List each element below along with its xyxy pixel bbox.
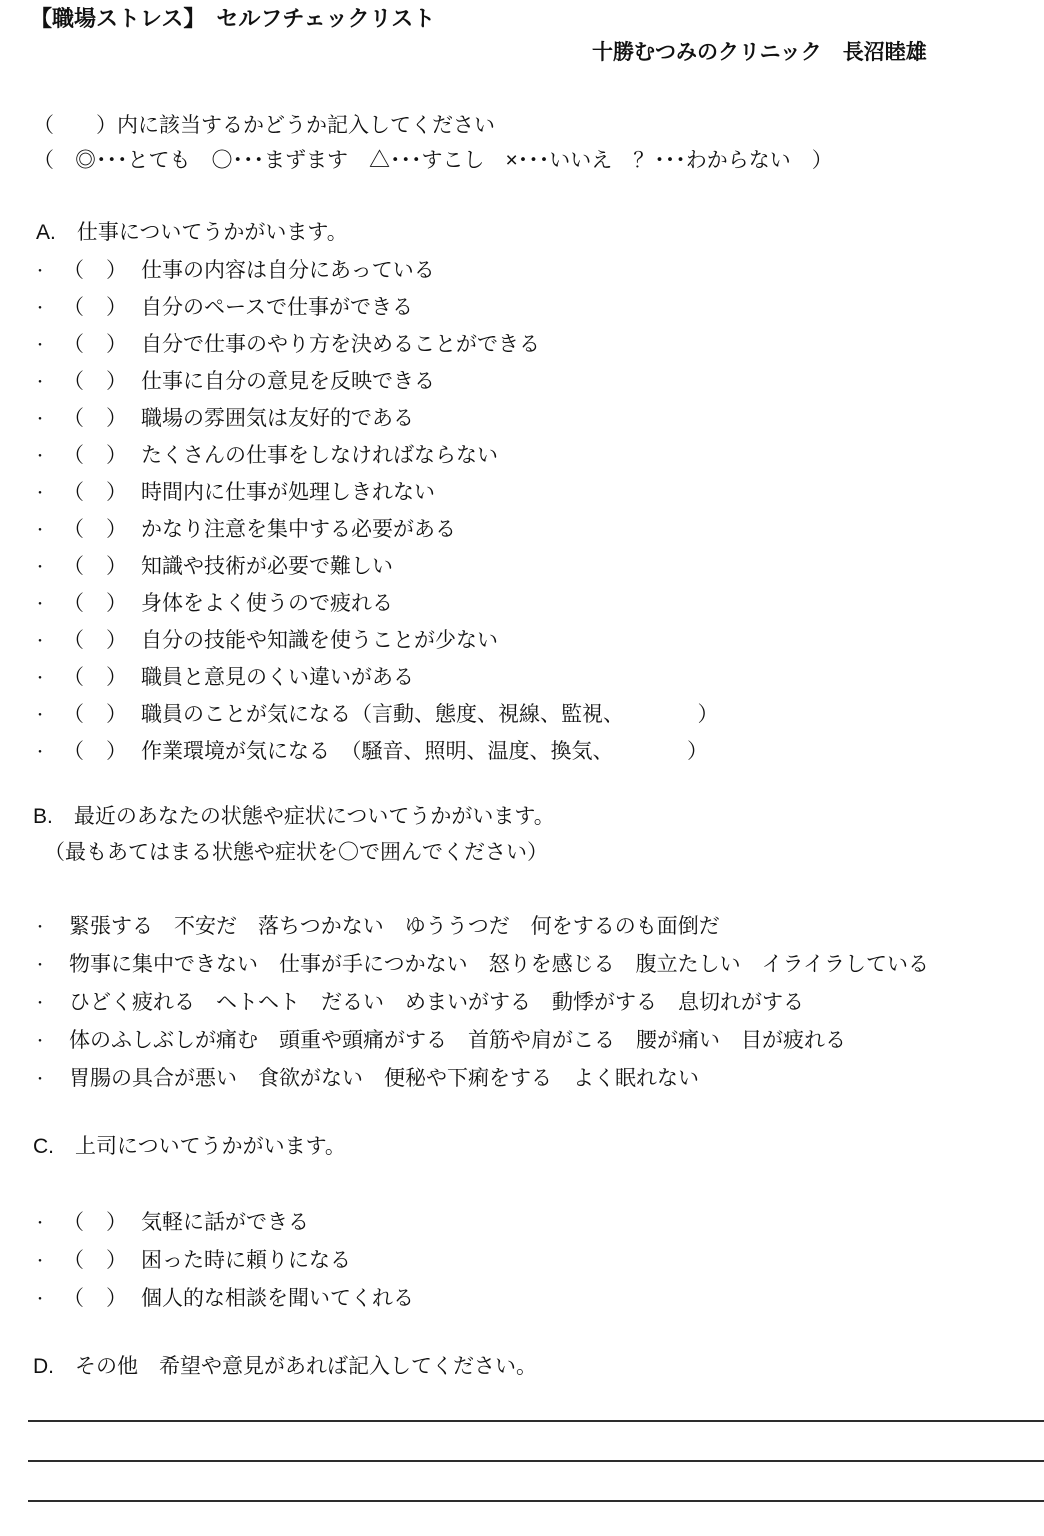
question-row: ・ （） 作業環境が気になる （騒音、照明、温度、換気、 ） — [33, 733, 719, 770]
paren-close: ） — [106, 480, 127, 506]
paren-open: （ — [63, 1210, 84, 1236]
question-label: かなり注意を集中する必要がある — [141, 517, 456, 543]
bullet-icon: ・ — [33, 628, 63, 654]
question-row: ・ （） 仕事の内容は自分にあっている — [33, 252, 719, 289]
bullet-icon: ・ — [33, 295, 63, 321]
question-row: ・ （） 自分で仕事のやり方を決めることができる — [33, 326, 719, 363]
question-label: 職場の雰囲気は友好的である — [141, 406, 414, 432]
paren-open: （ — [63, 628, 84, 654]
paren-open: （ — [63, 406, 84, 432]
instruction-legend-line: （ ◎･･･とても 〇･･･まずます △･･･すこし ×･･･いいえ ？･･･わ… — [33, 148, 833, 174]
writing-line[interactable] — [28, 1500, 1044, 1502]
paren-open: （ — [63, 443, 84, 469]
bullet-icon: ・ — [33, 1210, 63, 1236]
paren-open: （ — [63, 332, 84, 358]
answer-slot[interactable]: （） — [63, 628, 127, 654]
bullet-icon: ・ — [33, 258, 63, 284]
symptom-row: ・ 体のふしぶしが痛む 頭重や頭痛がする 首筋や肩がこる 腰が痛い 目が疲れる — [33, 1022, 929, 1060]
bullet-icon: ・ — [33, 952, 63, 978]
symptom-row: ・ 緊張する 不安だ 落ちつかない ゆううつだ 何をするのも面倒だ — [33, 908, 929, 946]
symptom-row: ・ ひどく疲れる ヘトヘト だるい めまいがする 動悸がする 息切れがする — [33, 984, 929, 1022]
paren-close: ） — [106, 258, 127, 284]
answer-slot[interactable]: （） — [63, 591, 127, 617]
section-d-heading: D. その他 希望や意見があれば記入してください。 — [33, 1354, 537, 1380]
question-label: たくさんの仕事をしなければならない — [141, 443, 498, 469]
writing-line[interactable] — [28, 1420, 1044, 1422]
bullet-icon: ・ — [33, 443, 63, 469]
paren-open: （ — [63, 739, 84, 765]
paren-close: ） — [106, 554, 127, 580]
question-label: 職員と意見のくい違いがある — [141, 665, 414, 691]
question-row: ・ （） 個人的な相談を聞いてくれる — [33, 1280, 414, 1318]
question-row: ・ （） 職員のことが気になる（言動、態度、視線、監視、 ） — [33, 696, 719, 733]
paren-open: （ — [63, 480, 84, 506]
answer-slot[interactable]: （） — [63, 739, 127, 765]
answer-slot[interactable]: （） — [63, 443, 127, 469]
paren-close: ） — [106, 628, 127, 654]
paren-open: （ — [63, 369, 84, 395]
symptom-row: ・ 胃腸の具合が悪い 食欲がない 便秘や下痢をする よく眠れない — [33, 1060, 929, 1098]
answer-slot[interactable]: （） — [63, 369, 127, 395]
bullet-icon: ・ — [33, 406, 63, 432]
paren-close: ） — [106, 702, 127, 728]
question-row: ・ （） かなり注意を集中する必要がある — [33, 511, 719, 548]
bullet-icon: ・ — [33, 480, 63, 506]
question-row: ・ （） 身体をよく使うので疲れる — [33, 585, 719, 622]
question-row: ・ （） 自分の技能や知識を使うことが少ない — [33, 622, 719, 659]
question-label: 気軽に話ができる — [141, 1210, 309, 1236]
paren-open: （ — [63, 591, 84, 617]
paren-open: （ — [63, 295, 84, 321]
paren-open: （ — [63, 258, 84, 284]
paren-open: （ — [63, 1248, 84, 1274]
section-b-heading: B. 最近のあなたの状態や症状についてうかがいます。 — [33, 804, 555, 830]
clinic-byline: 十勝むつみのクリニック 長沼睦雄 — [592, 40, 927, 66]
paren-close: ） — [106, 591, 127, 617]
paren-close: ） — [106, 665, 127, 691]
paren-open: （ — [63, 1286, 84, 1312]
instruction-fill-line: （ ）内に該当するかどうか記入してください — [33, 113, 495, 139]
question-label: 職員のことが気になる（言動、態度、視線、監視、 ） — [141, 702, 719, 728]
paren-close: ） — [106, 369, 127, 395]
question-row: ・ （） 自分のペースで仕事ができる — [33, 289, 719, 326]
question-label: 仕事の内容は自分にあっている — [141, 258, 435, 284]
paren-close: ） — [106, 295, 127, 321]
page-title: 【職場ストレス】 セルフチェックリスト — [30, 6, 435, 32]
answer-slot[interactable]: （） — [63, 554, 127, 580]
answer-slot[interactable]: （） — [63, 258, 127, 284]
symptom-label: 体のふしぶしが痛む 頭重や頭痛がする 首筋や肩がこる 腰が痛い 目が疲れる — [69, 1028, 846, 1054]
question-label: 困った時に頼りになる — [141, 1248, 351, 1274]
answer-slot[interactable]: （） — [63, 702, 127, 728]
answer-slot[interactable]: （） — [63, 295, 127, 321]
symptom-label: 物事に集中できない 仕事が手につかない 怒りを感じる 腹立たしい イライラしてい… — [69, 952, 929, 978]
question-label: 時間内に仕事が処理しきれない — [141, 480, 435, 506]
answer-slot[interactable]: （） — [63, 332, 127, 358]
section-a-heading: A. 仕事についてうかがいます。 — [36, 220, 348, 246]
symptom-label: 緊張する 不安だ 落ちつかない ゆううつだ 何をするのも面倒だ — [69, 914, 720, 940]
paren-close: ） — [106, 1248, 127, 1274]
question-row: ・ （） 気軽に話ができる — [33, 1204, 414, 1242]
question-row: ・ （） たくさんの仕事をしなければならない — [33, 437, 719, 474]
paren-close: ） — [106, 443, 127, 469]
paren-close: ） — [106, 1210, 127, 1236]
paren-close: ） — [106, 332, 127, 358]
question-row: ・ （） 知識や技術が必要で難しい — [33, 548, 719, 585]
symptom-label: ひどく疲れる ヘトヘト だるい めまいがする 動悸がする 息切れがする — [69, 990, 804, 1016]
paren-close: ） — [106, 1286, 127, 1312]
paren-close: ） — [106, 517, 127, 543]
bullet-icon: ・ — [33, 739, 63, 765]
answer-slot[interactable]: （） — [63, 517, 127, 543]
bullet-icon: ・ — [33, 1028, 63, 1054]
symptom-row: ・ 物事に集中できない 仕事が手につかない 怒りを感じる 腹立たしい イライラし… — [33, 946, 929, 984]
section-a-list: ・ （） 仕事の内容は自分にあっている ・ （） 自分のペースで仕事ができる ・… — [33, 252, 719, 770]
question-label: 個人的な相談を聞いてくれる — [141, 1286, 414, 1312]
bullet-icon: ・ — [33, 591, 63, 617]
question-label: 知識や技術が必要で難しい — [141, 554, 393, 580]
bullet-icon: ・ — [33, 554, 63, 580]
answer-slot[interactable]: （） — [63, 665, 127, 691]
question-row: ・ （） 職場の雰囲気は友好的である — [33, 400, 719, 437]
answer-slot[interactable]: （） — [63, 1210, 127, 1236]
bullet-icon: ・ — [33, 914, 63, 940]
answer-slot[interactable]: （） — [63, 406, 127, 432]
question-label: 自分で仕事のやり方を決めることができる — [141, 332, 540, 358]
writing-line[interactable] — [28, 1460, 1044, 1462]
bullet-icon: ・ — [33, 665, 63, 691]
paren-open: （ — [63, 702, 84, 728]
answer-slot[interactable]: （） — [63, 1286, 127, 1312]
paren-open: （ — [63, 517, 84, 543]
question-row: ・ （） 時間内に仕事が処理しきれない — [33, 474, 719, 511]
question-label: 仕事に自分の意見を反映できる — [141, 369, 435, 395]
paren-close: ） — [106, 406, 127, 432]
bullet-icon: ・ — [33, 369, 63, 395]
paren-close: ） — [106, 739, 127, 765]
question-label: 身体をよく使うので疲れる — [141, 591, 393, 617]
bullet-icon: ・ — [33, 332, 63, 358]
paren-open: （ — [63, 665, 84, 691]
bullet-icon: ・ — [33, 517, 63, 543]
question-label: 自分のペースで仕事ができる — [141, 295, 413, 321]
bullet-icon: ・ — [33, 1066, 63, 1092]
section-b-note: （最もあてはまる状態や症状を〇で囲んでください） — [44, 840, 548, 866]
section-b-list: ・ 緊張する 不安だ 落ちつかない ゆううつだ 何をするのも面倒だ ・ 物事に集… — [33, 908, 929, 1098]
bullet-icon: ・ — [33, 1286, 63, 1312]
question-row: ・ （） 仕事に自分の意見を反映できる — [33, 363, 719, 400]
bullet-icon: ・ — [33, 702, 63, 728]
document-page: 【職場ストレス】 セルフチェックリスト 十勝むつみのクリニック 長沼睦雄 （ ）… — [0, 0, 1044, 1536]
answer-slot[interactable]: （） — [63, 1248, 127, 1274]
paren-open: （ — [63, 554, 84, 580]
section-c-heading: C. 上司についてうかがいます。 — [33, 1134, 346, 1160]
question-row: ・ （） 職員と意見のくい違いがある — [33, 659, 719, 696]
answer-slot[interactable]: （） — [63, 480, 127, 506]
bullet-icon: ・ — [33, 990, 63, 1016]
question-label: 自分の技能や知識を使うことが少ない — [141, 628, 498, 654]
bullet-icon: ・ — [33, 1248, 63, 1274]
symptom-label: 胃腸の具合が悪い 食欲がない 便秘や下痢をする よく眠れない — [69, 1066, 699, 1092]
section-c-list: ・ （） 気軽に話ができる ・ （） 困った時に頼りになる ・ （） 個人的な相… — [33, 1204, 414, 1318]
question-row: ・ （） 困った時に頼りになる — [33, 1242, 414, 1280]
question-label: 作業環境が気になる （騒音、照明、温度、換気、 ） — [141, 739, 708, 765]
